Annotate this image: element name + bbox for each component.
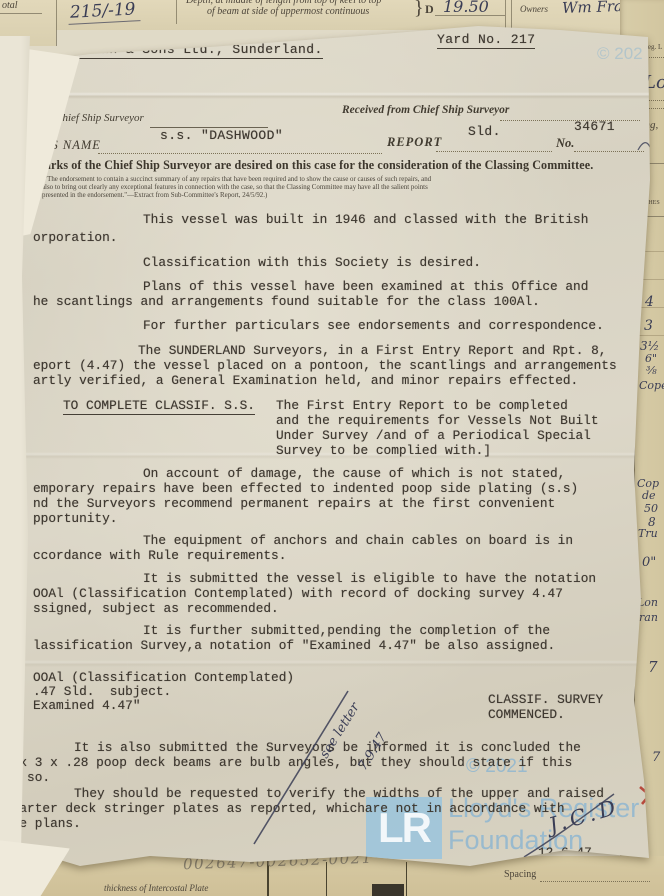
typed-line: pportunity. (33, 511, 117, 526)
typed-line: nd the Surveyors recommend permanent rep… (33, 496, 555, 511)
typed-line: Survey to be complied with.] (276, 443, 491, 458)
typed-line: Classification with this Society is desi… (143, 255, 481, 270)
typed-line: TO COMPLETE CLASSIF. S.S. (63, 398, 255, 415)
endorsement-footnote: ("The endorsement to contain a succinct … (42, 176, 602, 200)
yard-number: Yard No. 217 (437, 32, 535, 49)
watermark-copyright-top: © 202 (597, 44, 643, 64)
vessel-name-value: s.s. "DASHWOOD" (160, 128, 283, 143)
report-no-value: 34671 (574, 119, 615, 134)
typed-line: eport (4.47) the vessel placed on a pont… (33, 358, 617, 373)
typed-line: The SUNDERLAND Surveyors, in a First Ent… (138, 343, 606, 358)
typed-line: ccordance with Rule requirements. (33, 548, 286, 563)
red-x-mark (640, 786, 659, 804)
typed-line: The First Entry Report to be completed (276, 398, 568, 413)
typed-line: and the requirements for Vessels Not Bui… (276, 413, 599, 428)
footnote-line: presented in the endorsement."—Extract f… (42, 192, 602, 200)
report-label: REPORT (387, 135, 442, 150)
typed-line: .47 Sld. subject. (33, 684, 171, 699)
typed-line: This vessel was built in 1946 and classe… (143, 212, 588, 227)
typed-line: Under Survey /and of a Periodical Specia… (276, 428, 591, 443)
typed-line: ssigned, subject as recommended. (33, 601, 279, 616)
typed-line: It is submitted the vessel is eligible t… (143, 571, 596, 586)
typed-line: lassification Survey,a notation of "Exam… (33, 638, 555, 653)
see-letter-date: 7.9.47 (351, 722, 395, 782)
typed-line: 3 x 3 x .28 poop deck beams are bulb ang… (4, 755, 572, 770)
typed-line: COMMENCED. (488, 707, 565, 722)
report-office-value: Sld. (468, 124, 501, 139)
typed-line: 12.6.47 (538, 845, 592, 860)
scanned-document: otal 215/-19 Depth, at middle of length … (0, 0, 664, 896)
typed-line: For further particulars see endorsements… (143, 318, 604, 333)
typed-line: The equipment of anchors and chain cable… (143, 533, 573, 548)
typed-line: OOAl (Classification Contemplated) with … (33, 586, 563, 601)
see-letter-text: see letter (318, 701, 362, 761)
typed-line: quarter deck stringer plates as reported… (4, 801, 565, 816)
footnote-line: also to bring out clearly any exceptiona… (42, 184, 602, 192)
typed-line: They should be requested to verify the w… (74, 786, 604, 801)
typed-line: Examined 4.47" (33, 698, 141, 713)
main-report-page: © 202 © 2021 LR Lloyd's Register Foundat… (0, 0, 664, 896)
typed-line: orporation. (33, 230, 117, 245)
received-from-label: Received from Chief Ship Surveyor (342, 104, 509, 116)
typed-line: Plans of this vessel have been examined … (143, 279, 588, 294)
typed-line: It is further submitted,pending the comp… (143, 623, 550, 638)
typed-line: emporary repairs have been effected to i… (33, 481, 578, 496)
company-name: J. Crown & Sons Ltd., Sunderland. (52, 42, 323, 59)
typed-line: CLASSIF. SURVEY (488, 692, 603, 707)
typed-line: On account of damage, the cause of which… (143, 466, 565, 481)
see-letter-annotation: see letter 7.9.47 (296, 687, 417, 795)
footnote-line: ("The endorsement to contain a succinct … (42, 176, 602, 184)
report-no-label: No. (556, 136, 574, 151)
typed-line: he scantlings and arrangements found sui… (33, 294, 540, 309)
typed-line: artly verified, a General Examination he… (33, 373, 578, 388)
remarks-instruction: remarks of the Chief Ship Surveyor are d… (24, 158, 593, 173)
typed-line: OOAl (Classification Contemplated) (33, 670, 294, 685)
